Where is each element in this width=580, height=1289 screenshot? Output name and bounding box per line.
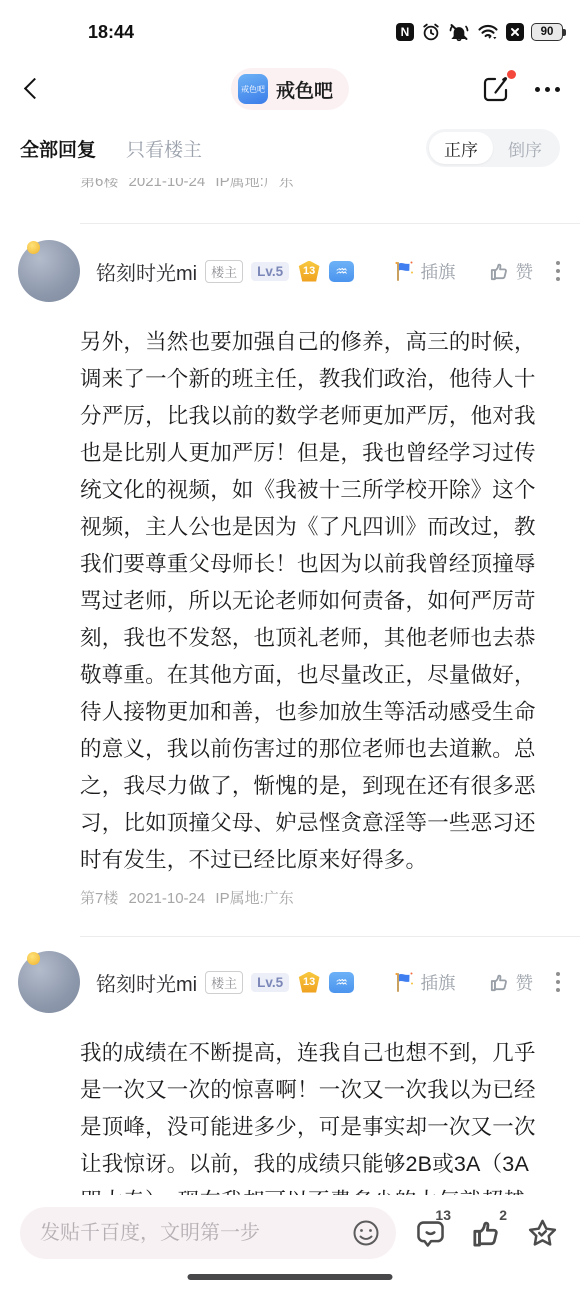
reply-input-pill[interactable]	[20, 1207, 396, 1259]
post-item: 铭刻时光mi 楼主 Lv.5 13 ♒	[0, 224, 580, 908]
tab-op-only[interactable]: 只看楼主	[126, 135, 202, 162]
comment-count: 13	[435, 1207, 451, 1223]
tab-all-replies[interactable]: 全部回复	[20, 135, 96, 162]
avatar[interactable]	[18, 240, 80, 302]
post-more-button[interactable]	[552, 259, 564, 283]
like-button[interactable]: 赞	[488, 970, 534, 995]
more-menu-button[interactable]	[535, 87, 560, 92]
reply-input[interactable]	[40, 1222, 350, 1245]
gem-badge: 13	[297, 261, 321, 282]
level-badge: Lv.5	[251, 262, 289, 281]
status-icons: N	[396, 22, 566, 42]
status-bar: 18:44 N	[0, 0, 580, 58]
like-button[interactable]: 赞	[488, 259, 534, 284]
level-badge: Lv.5	[251, 973, 289, 992]
thread-like-count: 2	[499, 1207, 507, 1223]
sort-ascending-button[interactable]: 正序	[429, 132, 493, 164]
zodiac-badge: ♒	[329, 261, 354, 282]
home-indicator[interactable]	[188, 1274, 393, 1280]
flag-label: 插旗	[421, 970, 456, 995]
flag-icon	[392, 259, 416, 283]
board-app-icon: 戒色吧	[238, 74, 268, 104]
bottom-composer-bar: 13 2	[0, 1195, 580, 1289]
battery-nub	[563, 29, 566, 36]
nav-bar: 戒色吧 戒色吧	[0, 58, 580, 120]
wifi-icon	[477, 22, 499, 42]
post-footer: 第7楼 2021-10-24 IP属地:广东	[80, 887, 580, 908]
like-label: 赞	[516, 259, 534, 284]
no-sim-icon	[506, 23, 524, 41]
previous-post-footer: 第6楼 2021-10-24 IP属地:广东	[80, 178, 580, 193]
thread-content: 第6楼 2021-10-24 IP属地:广东 铭刻时光mi 楼主 Lv.5 13…	[0, 178, 580, 1220]
flag-button[interactable]: 插旗	[392, 970, 456, 995]
clock-time: 18:44	[88, 22, 134, 43]
thumbs-up-icon	[488, 260, 511, 283]
notification-dot	[507, 70, 516, 79]
post-more-button[interactable]	[552, 970, 564, 994]
flag-label: 插旗	[421, 259, 456, 284]
thumbs-up-icon	[488, 971, 511, 994]
post-body: 另外，当然也要加强自己的修养，高三的时候， 调来了一个新的班主任，教我们政治，他…	[80, 324, 564, 879]
nfc-icon: N	[396, 23, 414, 41]
reply-tab-bar: 全部回复 只看楼主 正序 倒序	[0, 120, 580, 176]
post-body: 我的成绩在不断提高，连我自己也想不到，几乎 是一次又一次的惊喜啊！一次又一次我以…	[80, 1035, 564, 1220]
favorite-star-button[interactable]	[520, 1216, 564, 1251]
username[interactable]: 铭刻时光mi	[96, 257, 197, 286]
board-pill[interactable]: 戒色吧 戒色吧	[231, 68, 349, 110]
sort-segmented-control: 正序 倒序	[426, 129, 560, 167]
zodiac-badge: ♒	[329, 972, 354, 993]
compose-button[interactable]	[481, 74, 511, 104]
avatar[interactable]	[18, 951, 80, 1013]
gem-badge: 13	[297, 972, 321, 993]
flag-icon	[392, 970, 416, 994]
flag-button[interactable]: 插旗	[392, 259, 456, 284]
emoji-icon[interactable]	[350, 1217, 382, 1249]
post-header: 铭刻时光mi 楼主 Lv.5 13 ♒	[0, 951, 580, 1013]
username[interactable]: 铭刻时光mi	[96, 968, 197, 997]
post-header: 铭刻时光mi 楼主 Lv.5 13 ♒	[0, 240, 580, 302]
like-label: 赞	[516, 970, 534, 995]
battery-icon: 90	[531, 23, 566, 41]
alarm-clock-icon	[421, 22, 441, 42]
battery-level: 90	[531, 23, 563, 41]
bell-muted-icon	[448, 22, 470, 42]
sort-descending-button[interactable]: 倒序	[493, 132, 557, 164]
op-badge: 楼主	[205, 260, 243, 283]
post-item: 铭刻时光mi 楼主 Lv.5 13 ♒	[0, 937, 580, 1220]
board-name: 戒色吧	[276, 76, 333, 103]
op-badge: 楼主	[205, 971, 243, 994]
comments-button[interactable]: 13	[408, 1216, 452, 1251]
like-thread-button[interactable]: 2	[464, 1216, 508, 1251]
back-button[interactable]	[20, 76, 46, 102]
